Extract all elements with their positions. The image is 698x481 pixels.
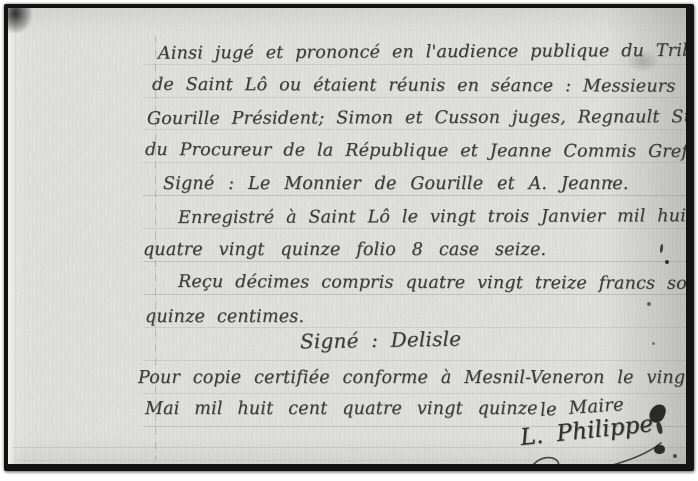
ink-blot — [656, 422, 664, 435]
ink-blot — [659, 244, 663, 253]
handwritten-line: Reçu décimes compris quatre vingt treize… — [178, 272, 686, 294]
ink-blot — [652, 342, 655, 345]
paper-edge — [8, 8, 16, 464]
ruled-line — [143, 294, 686, 295]
ink-blot — [673, 454, 677, 458]
handwritten-line: Gourille Président; Simon et Cusson juge… — [147, 107, 686, 129]
ruled-line — [143, 97, 686, 98]
ruled-line — [143, 393, 686, 394]
ruled-line — [143, 129, 686, 130]
signature-flourish-icon — [495, 438, 670, 464]
handwritten-line: quinze centimes. — [145, 307, 304, 327]
ink-blot — [654, 445, 665, 454]
handwritten-line: Enregistré à Saint Lô le vingt trois Jan… — [178, 206, 686, 228]
handwritten-line: Mai mil huit cent quatre vingt quinze — [145, 399, 538, 419]
ruled-line — [143, 261, 686, 262]
ruled-line — [143, 360, 686, 361]
ruled-line — [143, 228, 686, 229]
ruled-line — [143, 195, 686, 196]
scanned-document: Ainsi jugé et prononcé en l'audience pub… — [0, 0, 698, 481]
document-paper: Ainsi jugé et prononcé en l'audience pub… — [8, 8, 686, 464]
ink-blot — [610, 180, 613, 183]
handwritten-line: Pour copie certifiée conforme à Mesnil-V… — [138, 368, 686, 388]
ruled-line — [143, 162, 686, 163]
handwritten-line: Ainsi jugé et prononcé en l'audience pub… — [158, 40, 686, 63]
handwritten-line: Signé : Le Monnier de Gourille et A. Jea… — [163, 174, 629, 194]
ruled-line — [143, 64, 686, 65]
signature-mention-line: Signé : Delisle — [300, 327, 462, 354]
ink-blot — [665, 260, 669, 264]
handwritten-line: du Procureur de la République et Jeanne … — [145, 140, 686, 162]
handwritten-line: de Saint Lô ou étaient réunis en séance … — [152, 75, 686, 97]
ink-blot — [647, 302, 651, 306]
handwritten-line: quatre vingt quinze folio 8 case seize. — [143, 240, 546, 260]
corner-smudge — [8, 8, 32, 33]
